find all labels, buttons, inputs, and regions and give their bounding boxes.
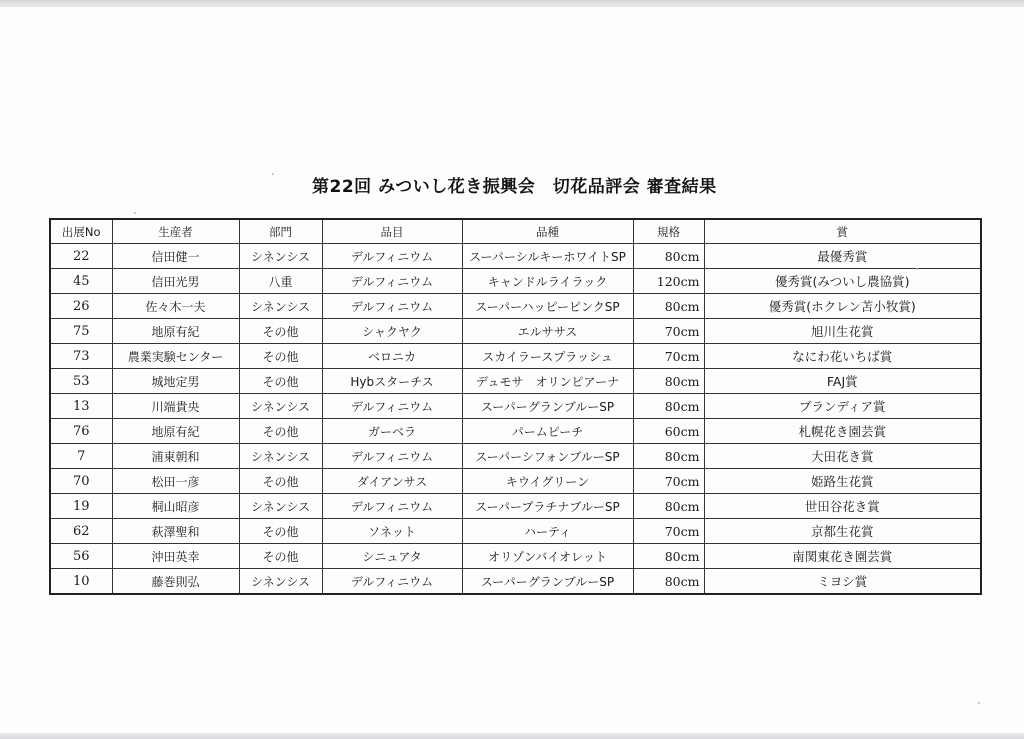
producer-cell: 藤巻則弘	[112, 569, 239, 595]
table-row: 22信田健一シネンシスデルフィニウムスーパーシルキーホワイトSP80cm最優秀賞	[50, 244, 981, 269]
item-cell: ガーベラ	[322, 419, 462, 444]
award-cell: ミヨシ賞	[704, 569, 981, 595]
item-cell: デルフィニウム	[322, 269, 462, 294]
entry-no-cell: 7	[50, 444, 112, 469]
entry-no-cell: 76	[50, 419, 112, 444]
size-cell: 120cm	[633, 269, 704, 294]
page-bottom-edge	[0, 733, 1024, 739]
scan-speck	[916, 268, 918, 270]
producer-cell: 川端貴央	[112, 394, 239, 419]
item-cell: Hybスターチス	[322, 369, 462, 394]
award-cell: FAJ賞	[704, 369, 981, 394]
producer-cell: 萩澤聖和	[112, 519, 239, 544]
header-item: 品目	[322, 219, 462, 244]
page-title: 第22回 みついし花き振興会 切花品評会 審査結果	[312, 172, 732, 197]
variety-cell: キウイグリーン	[462, 469, 633, 494]
variety-cell: キャンドルライラック	[462, 269, 633, 294]
award-cell: 南関東花き園芸賞	[704, 544, 981, 569]
header-award: 賞	[704, 219, 981, 244]
table-header-row: 出展No 生産者 部門 品目 品種 規格 賞	[50, 219, 981, 244]
division-cell: その他	[239, 369, 322, 394]
table-row: 26佐々木一夫シネンシスデルフィニウムスーパーハッピーピンクSP80cm優秀賞(…	[50, 294, 981, 319]
scan-speck	[978, 702, 980, 704]
entry-no-cell: 53	[50, 369, 112, 394]
table-row: 62萩澤聖和その他ソネットハーティ70cm京都生花賞	[50, 519, 981, 544]
division-cell: シネンシス	[239, 244, 322, 269]
variety-cell: エルササス	[462, 319, 633, 344]
producer-cell: 地原有紀	[112, 419, 239, 444]
header-size: 規格	[633, 219, 704, 244]
size-cell: 60cm	[633, 419, 704, 444]
size-cell: 80cm	[633, 444, 704, 469]
item-cell: シャクヤク	[322, 319, 462, 344]
entry-no-cell: 56	[50, 544, 112, 569]
table-row: 13川端貴央シネンシスデルフィニウムスーパーグランブルーSP80cmブランディア…	[50, 394, 981, 419]
entry-no-cell: 62	[50, 519, 112, 544]
division-cell: その他	[239, 419, 322, 444]
table-row: 75地原有紀その他シャクヤクエルササス70cm旭川生花賞	[50, 319, 981, 344]
award-cell: 札幌花き園芸賞	[704, 419, 981, 444]
variety-cell: スーパーシルキーホワイトSP	[462, 244, 633, 269]
table-row: 7浦東朝和シネンシスデルフィニウムスーパーシフォンブルーSP80cm大田花き賞	[50, 444, 981, 469]
division-cell: シネンシス	[239, 394, 322, 419]
division-cell: その他	[239, 544, 322, 569]
award-cell: 優秀賞(みついし農協賞)	[704, 269, 981, 294]
entry-no-cell: 70	[50, 469, 112, 494]
table-row: 10藤巻則弘シネンシスデルフィニウムスーパーグランブルーSP80cmミヨシ賞	[50, 569, 981, 595]
item-cell: ソネット	[322, 519, 462, 544]
size-cell: 70cm	[633, 469, 704, 494]
table-row: 70松田一彦その他ダイアンサスキウイグリーン70cm姫路生花賞	[50, 469, 981, 494]
division-cell: シネンシス	[239, 494, 322, 519]
award-cell: 大田花き賞	[704, 444, 981, 469]
award-cell: 優秀賞(ホクレン苫小牧賞)	[704, 294, 981, 319]
entry-no-cell: 19	[50, 494, 112, 519]
producer-cell: 農業実験センター	[112, 344, 239, 369]
table-row: 45信田光男八重デルフィニウムキャンドルライラック120cm優秀賞(みついし農協…	[50, 269, 981, 294]
table-row: 73農業実験センターその他ベロニカスカイラースプラッシュ70cmなにわ花いちば賞	[50, 344, 981, 369]
division-cell: その他	[239, 344, 322, 369]
award-cell: 最優秀賞	[704, 244, 981, 269]
item-cell: ベロニカ	[322, 344, 462, 369]
item-cell: ダイアンサス	[322, 469, 462, 494]
producer-cell: 地原有紀	[112, 319, 239, 344]
size-cell: 80cm	[633, 569, 704, 595]
table-row: 19桐山昭彦シネンシスデルフィニウムスーパープラチナブルーSP80cm世田谷花き…	[50, 494, 981, 519]
variety-cell: スカイラースプラッシュ	[462, 344, 633, 369]
division-cell: シネンシス	[239, 569, 322, 595]
award-cell: ブランディア賞	[704, 394, 981, 419]
variety-cell: スーパーシフォンブルーSP	[462, 444, 633, 469]
table-row: 76地原有紀その他ガーベラパームピーチ60cm札幌花き園芸賞	[50, 419, 981, 444]
entry-no-cell: 10	[50, 569, 112, 595]
entry-no-cell: 26	[50, 294, 112, 319]
header-producer: 生産者	[112, 219, 239, 244]
item-cell: デルフィニウム	[322, 394, 462, 419]
producer-cell: 城地定男	[112, 369, 239, 394]
producer-cell: 信田健一	[112, 244, 239, 269]
division-cell: その他	[239, 469, 322, 494]
division-cell: その他	[239, 519, 322, 544]
item-cell: デルフィニウム	[322, 294, 462, 319]
award-cell: 世田谷花き賞	[704, 494, 981, 519]
division-cell: シネンシス	[239, 444, 322, 469]
award-cell: 旭川生花賞	[704, 319, 981, 344]
size-cell: 70cm	[633, 344, 704, 369]
entry-no-cell: 22	[50, 244, 112, 269]
division-cell: 八重	[239, 269, 322, 294]
entry-no-cell: 73	[50, 344, 112, 369]
item-cell: デルフィニウム	[322, 244, 462, 269]
variety-cell: スーパーグランブルーSP	[462, 394, 633, 419]
entry-no-cell: 75	[50, 319, 112, 344]
size-cell: 80cm	[633, 244, 704, 269]
table-row: 56沖田英幸その他シニュアタオリゾンバイオレット80cm南関東花き園芸賞	[50, 544, 981, 569]
item-cell: デルフィニウム	[322, 494, 462, 519]
variety-cell: スーパーグランブルーSP	[462, 569, 633, 595]
size-cell: 80cm	[633, 544, 704, 569]
size-cell: 70cm	[633, 319, 704, 344]
item-cell: デルフィニウム	[322, 569, 462, 595]
division-cell: その他	[239, 319, 322, 344]
item-cell: デルフィニウム	[322, 444, 462, 469]
item-cell: シニュアタ	[322, 544, 462, 569]
producer-cell: 信田光男	[112, 269, 239, 294]
scan-speck	[272, 173, 274, 175]
variety-cell: オリゾンバイオレット	[462, 544, 633, 569]
size-cell: 80cm	[633, 494, 704, 519]
header-division: 部門	[239, 219, 322, 244]
entry-no-cell: 45	[50, 269, 112, 294]
size-cell: 80cm	[633, 294, 704, 319]
producer-cell: 佐々木一夫	[112, 294, 239, 319]
variety-cell: スーパープラチナブルーSP	[462, 494, 633, 519]
producer-cell: 沖田英幸	[112, 544, 239, 569]
header-variety: 品種	[462, 219, 633, 244]
division-cell: シネンシス	[239, 294, 322, 319]
page-top-edge	[0, 0, 1024, 7]
award-cell: 京都生花賞	[704, 519, 981, 544]
size-cell: 80cm	[633, 394, 704, 419]
size-cell: 70cm	[633, 519, 704, 544]
variety-cell: スーパーハッピーピンクSP	[462, 294, 633, 319]
variety-cell: デュモサ オリンピアーナ	[462, 369, 633, 394]
producer-cell: 桐山昭彦	[112, 494, 239, 519]
award-cell: なにわ花いちば賞	[704, 344, 981, 369]
variety-cell: パームピーチ	[462, 419, 633, 444]
producer-cell: 松田一彦	[112, 469, 239, 494]
award-cell: 姫路生花賞	[704, 469, 981, 494]
size-cell: 80cm	[633, 369, 704, 394]
scan-speck	[134, 212, 136, 214]
variety-cell: ハーティ	[462, 519, 633, 544]
entry-no-cell: 13	[50, 394, 112, 419]
table-row: 53城地定男その他Hybスターチスデュモサ オリンピアーナ80cmFAJ賞	[50, 369, 981, 394]
header-entry-no: 出展No	[50, 219, 112, 244]
results-table: 出展No 生産者 部門 品目 品種 規格 賞 22信田健一シネンシスデルフィニウ…	[49, 218, 982, 595]
producer-cell: 浦東朝和	[112, 444, 239, 469]
